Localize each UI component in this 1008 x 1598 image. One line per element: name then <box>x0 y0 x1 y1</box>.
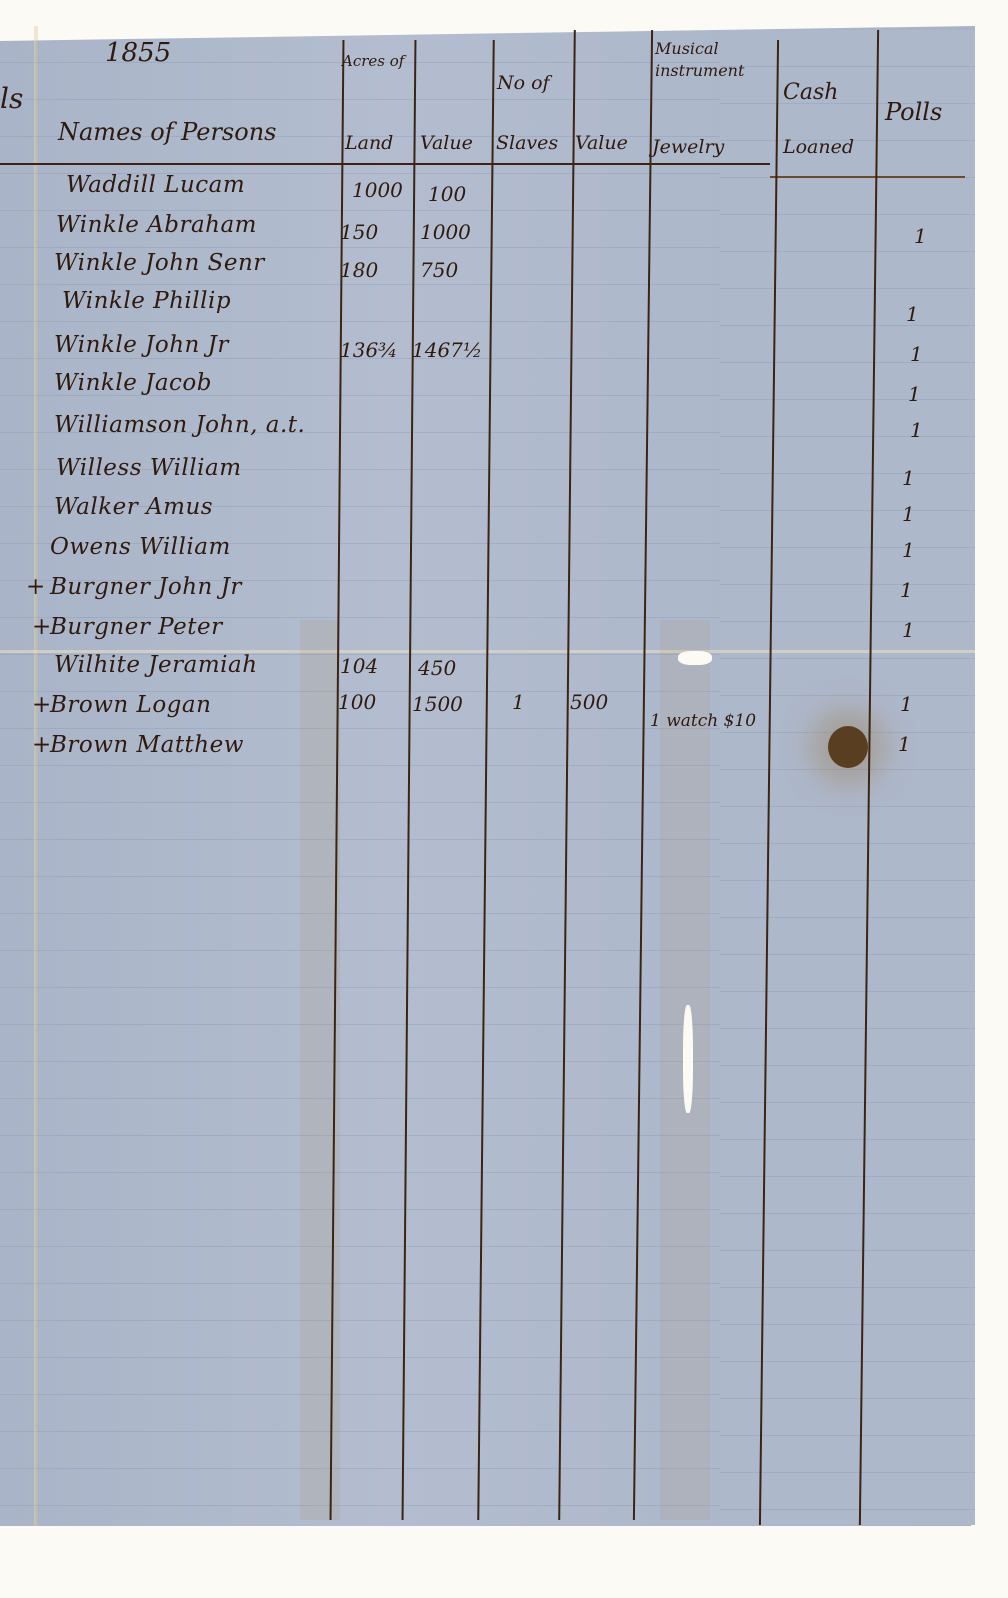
row-marker: + <box>26 574 46 600</box>
slaves-value: 500 <box>570 690 608 714</box>
row-name: Brown Logan <box>50 692 211 718</box>
polls-value: 1 <box>902 502 915 526</box>
polls-value: 1 <box>902 618 915 642</box>
polls-value: 1 <box>908 382 921 406</box>
row-name: Winkle John Jr <box>54 332 229 358</box>
slaves-count: 1 <box>512 690 525 714</box>
ink-blot <box>828 726 868 768</box>
polls-value: 1 <box>902 538 915 562</box>
row-name: Winkle John Senr <box>54 250 265 276</box>
header-rule <box>0 163 770 165</box>
header-loaned: Loaned <box>783 136 854 158</box>
land-acres: 100 <box>338 690 376 714</box>
row-name: Waddill Lucam <box>66 172 245 198</box>
header-polls: Polls <box>885 98 942 126</box>
row-name: Willess William <box>56 455 242 481</box>
row-marker: + <box>32 614 52 640</box>
row-name: Walker Amus <box>54 494 213 520</box>
left-margin-fragment: ls <box>0 82 23 115</box>
ledger-year: 1855 <box>105 38 171 68</box>
land-value: 1500 <box>412 692 463 716</box>
land-acres: 104 <box>340 654 378 678</box>
land-acres: 180 <box>340 258 378 282</box>
row-name: Wilhite Jeramiah <box>54 652 258 678</box>
header-land: Land <box>345 132 393 154</box>
paper-tear <box>678 651 712 665</box>
header-land-top: Acres of <box>342 52 404 70</box>
polls-value: 1 <box>900 692 913 716</box>
left-fold <box>34 26 38 1526</box>
polls-value: 1 <box>902 466 915 490</box>
polls-value: 1 <box>906 302 919 326</box>
land-acres: 1000 <box>352 178 403 202</box>
land-value: 1000 <box>420 220 471 244</box>
header-instruments-top: Musical instrument <box>655 38 775 82</box>
header-slaves-top: No of <box>497 72 550 94</box>
land-acres: 136¾ <box>340 338 398 362</box>
land-value: 1467½ <box>412 338 482 362</box>
polls-value: 1 <box>900 578 913 602</box>
header-names: Names of Persons <box>58 118 276 146</box>
row-name: Burgner Peter <box>50 614 223 640</box>
header-land-value: Value <box>420 132 473 154</box>
row-name: Winkle Abraham <box>56 212 257 238</box>
polls-value: 1 <box>898 732 911 756</box>
header-slaves: Slaves <box>496 132 558 154</box>
paper-tear <box>683 1005 693 1113</box>
row-name: Brown Matthew <box>50 732 244 758</box>
row-marker: + <box>32 692 52 718</box>
header-cash-top: Cash <box>783 80 838 105</box>
land-acres: 150 <box>340 220 378 244</box>
ledger-sheet-right <box>720 30 975 1525</box>
land-value: 750 <box>420 258 458 282</box>
header-rule <box>770 176 965 178</box>
row-marker: + <box>32 732 52 758</box>
row-name: Winkle Jacob <box>54 370 212 396</box>
polls-value: 1 <box>910 342 923 366</box>
header-jewelry: Jewelry <box>652 136 724 158</box>
row-name: Burgner John Jr <box>50 574 242 600</box>
row-name: Owens William <box>50 534 231 560</box>
polls-value: 1 <box>914 224 927 248</box>
polls-value: 1 <box>910 418 923 442</box>
jewelry-value: 1 watch $10 <box>650 710 760 732</box>
land-value: 100 <box>428 182 466 206</box>
row-name: Winkle Phillip <box>62 288 231 314</box>
row-name: Williamson John, a.t. <box>54 412 305 438</box>
header-slaves-value: Value <box>575 132 628 154</box>
land-value: 450 <box>418 656 456 680</box>
